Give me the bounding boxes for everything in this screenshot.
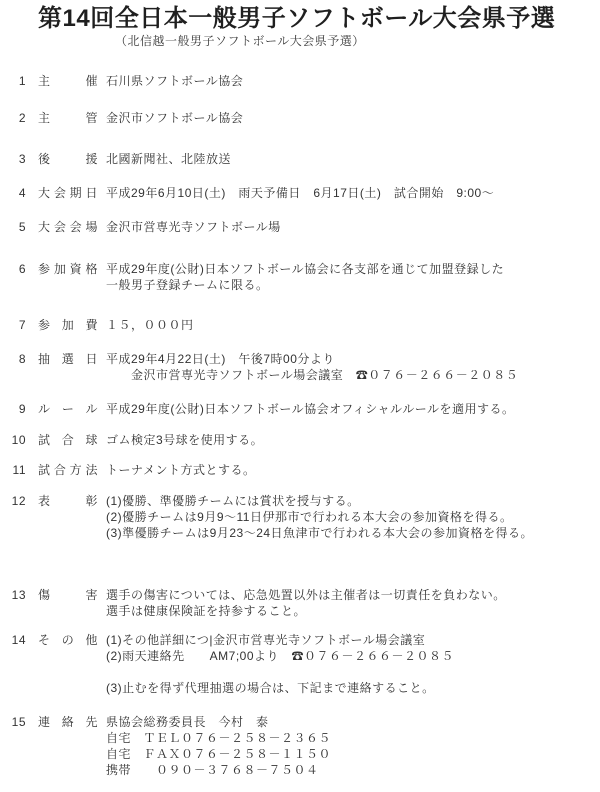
item-text: (1)優勝、準優勝チームには賞状を授与する。 — [106, 493, 600, 509]
item-text: 県協会総務委員長 今村 泰 — [106, 714, 600, 730]
item-text: (2)優勝チームは9月9～11日伊那市で行われる本大会の参加資格を得る。 — [106, 509, 600, 525]
item-number: 10 — [0, 432, 26, 448]
item-content: 平成29年度(公財)日本ソフトボール協会に各支部を通じて加盟登録した 一般男子登… — [106, 261, 600, 293]
item-text: 北國新聞社、北陸放送 — [106, 151, 600, 167]
item-label: 連絡先 — [38, 714, 98, 730]
item-number: 6 — [0, 261, 26, 277]
list-item: 13 傷害 選手の傷害については、応急処置以外は主催者は一切責任を負わない。 選… — [0, 587, 600, 619]
item-content: 平成29年度(公財)日本ソフトボール協会オフィシャルルールを適用する。 — [106, 401, 600, 417]
item-number: 7 — [0, 317, 26, 333]
item-text: (3)準優勝チームは9月23～24日魚津市で行われる本大会の参加資格を得る。 — [106, 525, 600, 541]
item-text: 石川県ソフトボール協会 — [106, 73, 600, 89]
list-item: 15 連絡先 県協会総務委員長 今村 泰 自宅 ＴＥＬ０７６－２５８－２３６５ … — [0, 714, 600, 778]
item-content: ゴム検定3号球を使用する。 — [106, 432, 600, 448]
item-number: 5 — [0, 219, 26, 235]
item-text: 金沢市営専光寺ソフトボール場会議室 ☎０７６－２６６－２０８５ — [106, 367, 600, 383]
item-number: 8 — [0, 351, 26, 367]
item-content: 北國新聞社、北陸放送 — [106, 151, 600, 167]
list-item: 7 参加費 １５，０００円 — [0, 317, 600, 333]
item-text: 平成29年4月22日(土) 午後7時00分より — [106, 351, 600, 367]
item-content: 選手の傷害については、応急処置以外は主催者は一切責任を負わない。 選手は健康保険… — [106, 587, 600, 619]
item-text: (3)止むを得ず代理抽選の場合は、下記まで連絡すること。 — [106, 680, 600, 696]
item-content: 平成29年6月10日(土) 雨天予備日 6月17日(土) 試合開始 9:00～ — [106, 185, 600, 201]
item-number: 11 — [0, 462, 26, 478]
document-page: 第14回全日本一般男子ソフトボール大会県予選 （北信越一般男子ソフトボール大会県… — [0, 0, 600, 792]
item-number: 9 — [0, 401, 26, 417]
item-text: 選手は健康保険証を持参すること。 — [106, 603, 600, 619]
page-subtitle: （北信越一般男子ソフトボール大会県予選） — [115, 33, 600, 49]
item-text: トーナメント方式とする。 — [106, 462, 600, 478]
item-label: 表彰 — [38, 493, 98, 509]
list-item: 11 試合方法 トーナメント方式とする。 — [0, 462, 600, 478]
item-content: (1)その他詳細につ|金沢市営専光寺ソフトボール場会議室 (2)雨天連絡先 AM… — [106, 632, 600, 696]
item-number: 1 — [0, 73, 26, 89]
item-number: 4 — [0, 185, 26, 201]
item-content: 金沢市営専光寺ソフトボール場 — [106, 219, 600, 235]
list-item: 10 試合球 ゴム検定3号球を使用する。 — [0, 432, 600, 448]
item-content: (1)優勝、準優勝チームには賞状を授与する。 (2)優勝チームは9月9～11日伊… — [106, 493, 600, 541]
item-number: 14 — [0, 632, 26, 648]
list-item: 4 大会期日 平成29年6月10日(土) 雨天予備日 6月17日(土) 試合開始… — [0, 185, 600, 201]
item-content: 石川県ソフトボール協会 — [106, 73, 600, 89]
item-text: 選手の傷害については、応急処置以外は主催者は一切責任を負わない。 — [106, 587, 600, 603]
item-text: 一般男子登録チームに限る。 — [106, 277, 600, 293]
item-label: 後援 — [38, 151, 98, 167]
item-text: １５，０００円 — [106, 317, 600, 333]
list-item: 12 表彰 (1)優勝、準優勝チームには賞状を授与する。 (2)優勝チームは9月… — [0, 493, 600, 541]
item-number: 12 — [0, 493, 26, 509]
item-text: 平成29年6月10日(土) 雨天予備日 6月17日(土) 試合開始 9:00～ — [106, 185, 600, 201]
item-text: 平成29年度(公財)日本ソフトボール協会に各支部を通じて加盟登録した — [106, 261, 600, 277]
item-content: トーナメント方式とする。 — [106, 462, 600, 478]
item-label: 主催 — [38, 73, 98, 89]
item-label: 試合方法 — [38, 462, 98, 478]
item-label: 抽選日 — [38, 351, 98, 367]
list-item: 1 主催 石川県ソフトボール協会 — [0, 73, 600, 89]
item-text: 金沢市営専光寺ソフトボール場 — [106, 219, 600, 235]
item-number: 3 — [0, 151, 26, 167]
list-item: 2 主管 金沢市ソフトボール協会 — [0, 110, 600, 126]
item-number: 13 — [0, 587, 26, 603]
item-text: 平成29年度(公財)日本ソフトボール協会オフィシャルルールを適用する。 — [106, 401, 600, 417]
item-text: ゴム検定3号球を使用する。 — [106, 432, 600, 448]
item-label: 大会会場 — [38, 219, 98, 235]
item-text: 自宅 ＦＡＸ０７６－２５８－１１５０ — [106, 746, 600, 762]
list-item: 8 抽選日 平成29年4月22日(土) 午後7時00分より 金沢市営専光寺ソフト… — [0, 351, 600, 383]
item-content: 県協会総務委員長 今村 泰 自宅 ＴＥＬ０７６－２５８－２３６５ 自宅 ＦＡＸ０… — [106, 714, 600, 778]
item-number: 15 — [0, 714, 26, 730]
list-item: 9 ルール 平成29年度(公財)日本ソフトボール協会オフィシャルルールを適用する… — [0, 401, 600, 417]
page-title: 第14回全日本一般男子ソフトボール大会県予選 — [38, 6, 600, 32]
item-text: (2)雨天連絡先 AM7;00より ☎０７６－２６６－２０８５ — [106, 648, 600, 664]
item-label: 参加費 — [38, 317, 98, 333]
item-text: 金沢市ソフトボール協会 — [106, 110, 600, 126]
item-number: 2 — [0, 110, 26, 126]
item-content: １５，０００円 — [106, 317, 600, 333]
item-label: ルール — [38, 401, 98, 417]
item-label: 傷害 — [38, 587, 98, 603]
item-text — [106, 664, 600, 680]
item-text: (1)その他詳細につ|金沢市営専光寺ソフトボール場会議室 — [106, 632, 600, 648]
list-item: 14 その他 (1)その他詳細につ|金沢市営専光寺ソフトボール場会議室 (2)雨… — [0, 632, 600, 696]
item-label: 試合球 — [38, 432, 98, 448]
item-text: 携帯 ０９０－３７６８－７５０４ — [106, 762, 600, 778]
item-label: 参加資格 — [38, 261, 98, 277]
item-content: 金沢市ソフトボール協会 — [106, 110, 600, 126]
item-text: 自宅 ＴＥＬ０７６－２５８－２３６５ — [106, 730, 600, 746]
item-label: その他 — [38, 632, 98, 648]
item-content: 平成29年4月22日(土) 午後7時00分より 金沢市営専光寺ソフトボール場会議… — [106, 351, 600, 383]
item-label: 主管 — [38, 110, 98, 126]
list-item: 3 後援 北國新聞社、北陸放送 — [0, 151, 600, 167]
list-item: 6 参加資格 平成29年度(公財)日本ソフトボール協会に各支部を通じて加盟登録し… — [0, 261, 600, 293]
list-item: 5 大会会場 金沢市営専光寺ソフトボール場 — [0, 219, 600, 235]
item-label: 大会期日 — [38, 185, 98, 201]
